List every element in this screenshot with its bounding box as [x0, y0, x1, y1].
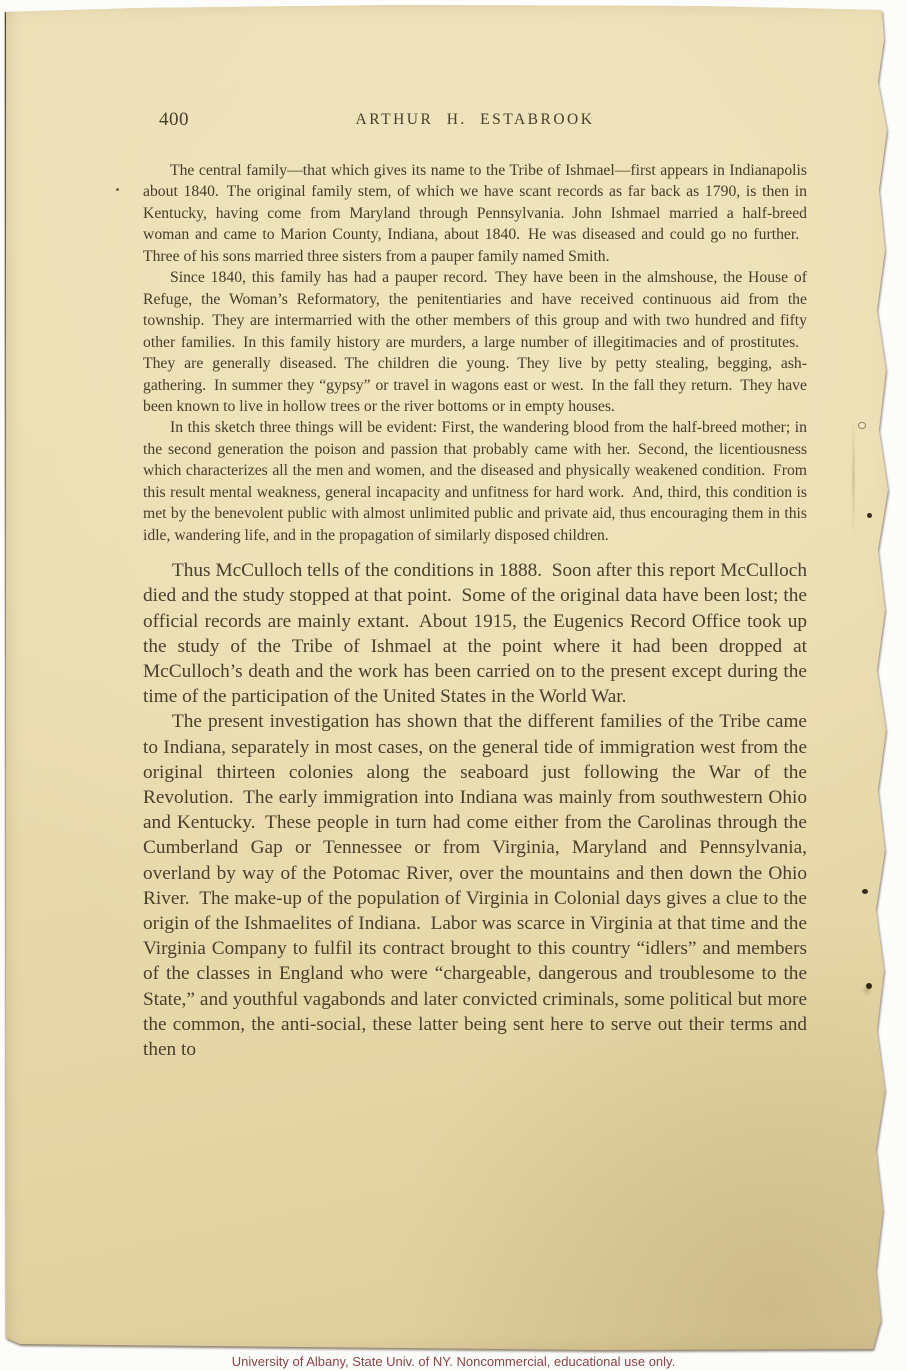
wormhole-mark: [858, 422, 866, 429]
wormhole-dot: [867, 513, 872, 518]
body-paragraph-2: The present investigation has shown that…: [143, 709, 807, 1062]
blockquote-excerpt: The central family—that which gives its …: [143, 160, 807, 546]
wormhole-dot: [866, 983, 872, 989]
wormhole-dot: [862, 889, 868, 894]
quote-paragraph-3: In this sketch three things will be evid…: [143, 417, 807, 546]
quote-paragraph-1: The central family—that which gives its …: [143, 160, 807, 267]
page-number: 400: [159, 109, 189, 131]
scanned-page-wrapper: 400 ARTHUR H. ESTABROOK The central fami…: [0, 0, 907, 1371]
ink-speck: [116, 188, 119, 191]
page-content: 400 ARTHUR H. ESTABROOK The central fami…: [143, 108, 807, 1062]
library-credit-line: University of Albany, State Univ. of NY.…: [0, 1354, 907, 1369]
paper-crease: [852, 418, 855, 538]
quote-paragraph-2: Since 1840, this family has had a pauper…: [143, 267, 807, 417]
book-page: 400 ARTHUR H. ESTABROOK The central fami…: [0, 0, 907, 1371]
running-header: ARTHUR H. ESTABROOK: [143, 111, 807, 129]
body-paragraph-1: Thus McCulloch tells of the conditions i…: [143, 558, 807, 709]
page-header: 400 ARTHUR H. ESTABROOK: [143, 108, 807, 140]
body-text: Thus McCulloch tells of the conditions i…: [143, 558, 807, 1062]
page-left-edge-shadow: [3, 10, 6, 1336]
